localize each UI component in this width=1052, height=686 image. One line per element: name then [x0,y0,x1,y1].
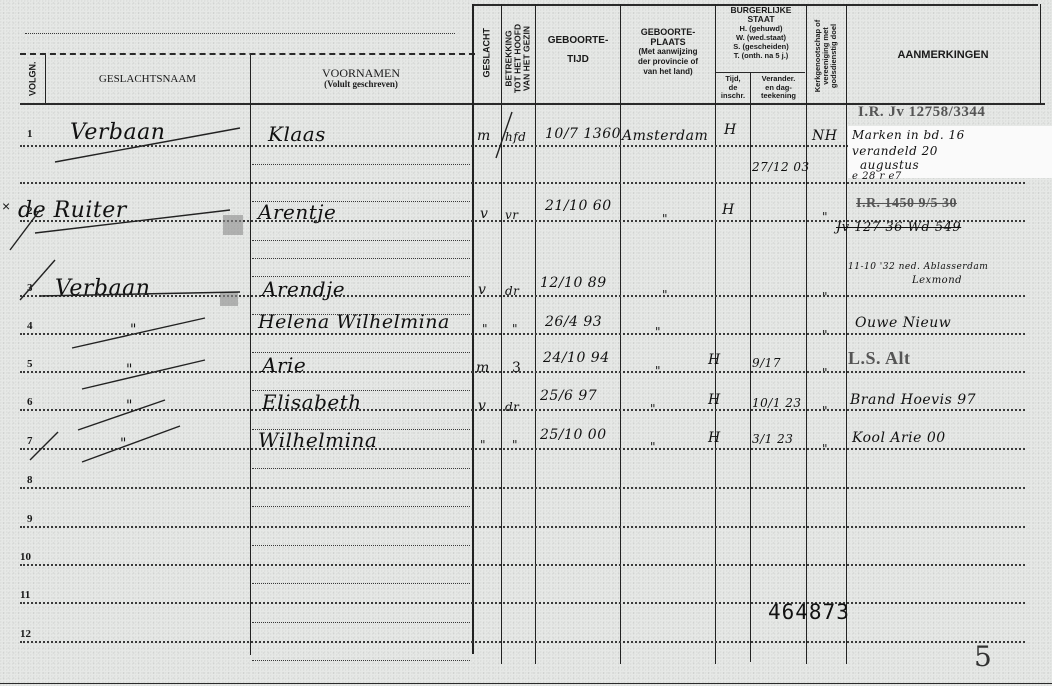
ditto-strokes [0,0,1052,686]
serial-number: 464873 [768,600,850,624]
corner-mark: 5 [974,640,992,673]
